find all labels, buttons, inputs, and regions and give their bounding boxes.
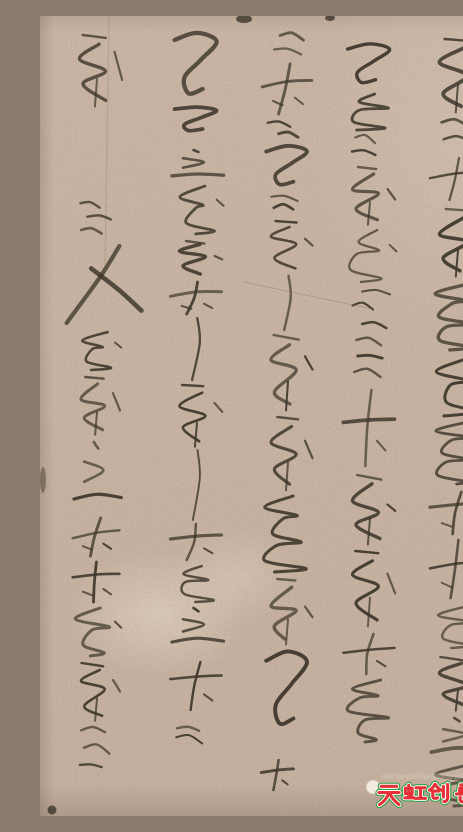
- edge-ink-mark: [40, 467, 46, 493]
- paper-grain-light: [40, 16, 463, 816]
- calligraphy-scan: 天虹创惠网: [40, 16, 463, 816]
- ghost-watermark-mark: [384, 776, 402, 778]
- ghost-watermark-mark: [432, 776, 450, 778]
- watermark-char: [429, 784, 447, 801]
- ghost-watermark-mark: [456, 776, 463, 778]
- watermark-char: [456, 783, 463, 802]
- calligraphy-artwork: [40, 16, 463, 816]
- ink-dot: [48, 806, 57, 815]
- ghost-watermark-mark: [408, 776, 426, 778]
- watermark-char: [405, 785, 426, 798]
